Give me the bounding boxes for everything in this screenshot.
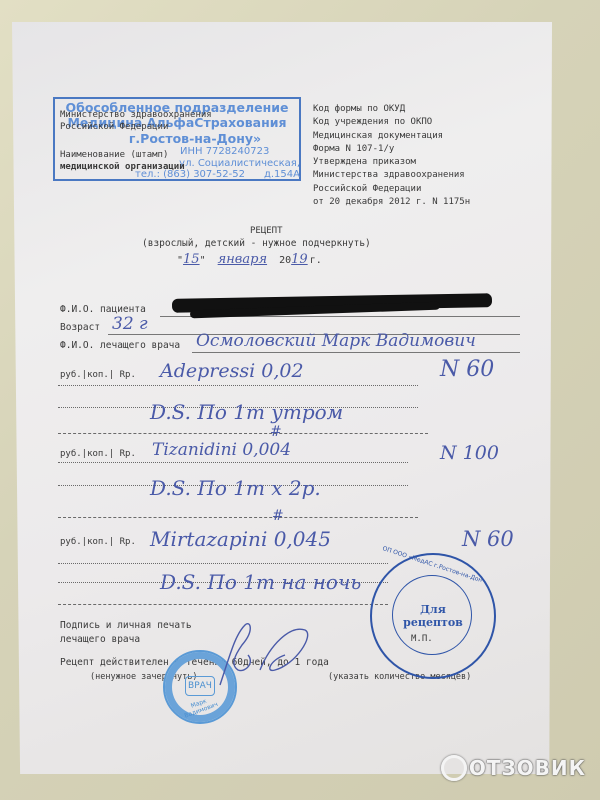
signature-label-1: Подпись и личная печать [60, 620, 192, 631]
rx-separator [58, 433, 428, 434]
clinic-stamp-line3: г.Ростов-на-Дону» [95, 131, 295, 146]
rx-prefix: руб.|коп.| Rp. [60, 370, 136, 380]
age-label: Возраст [60, 322, 100, 333]
ministry-line3: Наименование (штамп) [60, 149, 168, 161]
date-month: января [218, 252, 267, 267]
form-info-line: Министерства здравоохранения [313, 169, 470, 182]
form-info-line: Российской Федерации [313, 183, 470, 196]
rx-drug: Mirtazapini 0,045 [150, 527, 331, 551]
rx-prefix: руб.|коп.| Rp. [60, 449, 136, 459]
power-logo-icon [441, 755, 467, 781]
clinic-round-seal: Для рецептов ОП ООО «МедАС г.Ростов-на-Д… [370, 553, 496, 679]
prescription-date: "15" января 2019г. [177, 252, 322, 267]
form-info-line: от 20 декабря 2012 г. N 1175н [313, 196, 470, 209]
rx-separator [58, 604, 388, 605]
rx-drug: Tizanidini 0,004 [152, 440, 291, 460]
doctor-seal-ring-text: Марк Вадимович [174, 692, 226, 722]
signature-label-2: лечащего врача [60, 634, 140, 645]
rx-dotted-line [58, 385, 418, 386]
form-info-line: Форма N 107-1/у [313, 143, 470, 156]
rx-prefix: руб.|коп.| Rp. [60, 537, 136, 547]
rx-signa: D.S. По 1т утром [150, 400, 343, 424]
doctor-name-underline [192, 352, 520, 353]
rx-quantity: N 60 [462, 527, 514, 551]
form-info-line: Утверждена приказом [313, 156, 470, 169]
rx-dotted-line [58, 563, 388, 564]
rx-hash-mark: # [270, 424, 282, 440]
doctor-name-value: Осмоловский Марк Вадимович [196, 331, 476, 351]
rx-signa: D.S. По 1т х 2р. [150, 476, 321, 500]
form-info-block: Код формы по ОКУД Код учреждения по ОКПО… [313, 103, 470, 209]
rx-quantity: N 60 [440, 357, 494, 382]
age-value: 32 г [112, 314, 148, 334]
rx-hash-mark: # [272, 508, 284, 524]
ministry-line2: Российской Федерации [60, 121, 168, 133]
date-day: 15 [183, 252, 200, 267]
form-info-line: Медицинская документация [313, 130, 470, 143]
rx-dotted-line [58, 462, 408, 463]
rx-signa: D.S. По 1т на ночь [160, 570, 361, 594]
form-info-line: Код формы по ОКУД [313, 103, 470, 116]
doctor-signature [200, 615, 320, 695]
clinic-stamp-inn: ИНН 7728240723 [180, 146, 300, 157]
rx-drug: Adepressi 0,02 [160, 360, 304, 382]
form-info-line: Код учреждения по ОКПО [313, 116, 470, 129]
otzovik-watermark: ОТЗОВИК [441, 756, 586, 783]
ministry-line1: Министерство здравоохранения [60, 109, 212, 121]
date-year: 19 [291, 252, 308, 267]
prescription-subheading: (взрослый, детский - нужное подчеркнуть) [142, 238, 371, 249]
clinic-seal-center: Для рецептов [394, 603, 472, 629]
rx-separator [58, 517, 418, 518]
rx-quantity: N 100 [440, 442, 499, 464]
prescription-heading: РЕЦЕПТ [250, 226, 283, 236]
ministry-line4: медицинской организации [60, 161, 185, 173]
doctor-name-label: Ф.И.О. лечащего врача [60, 340, 180, 351]
